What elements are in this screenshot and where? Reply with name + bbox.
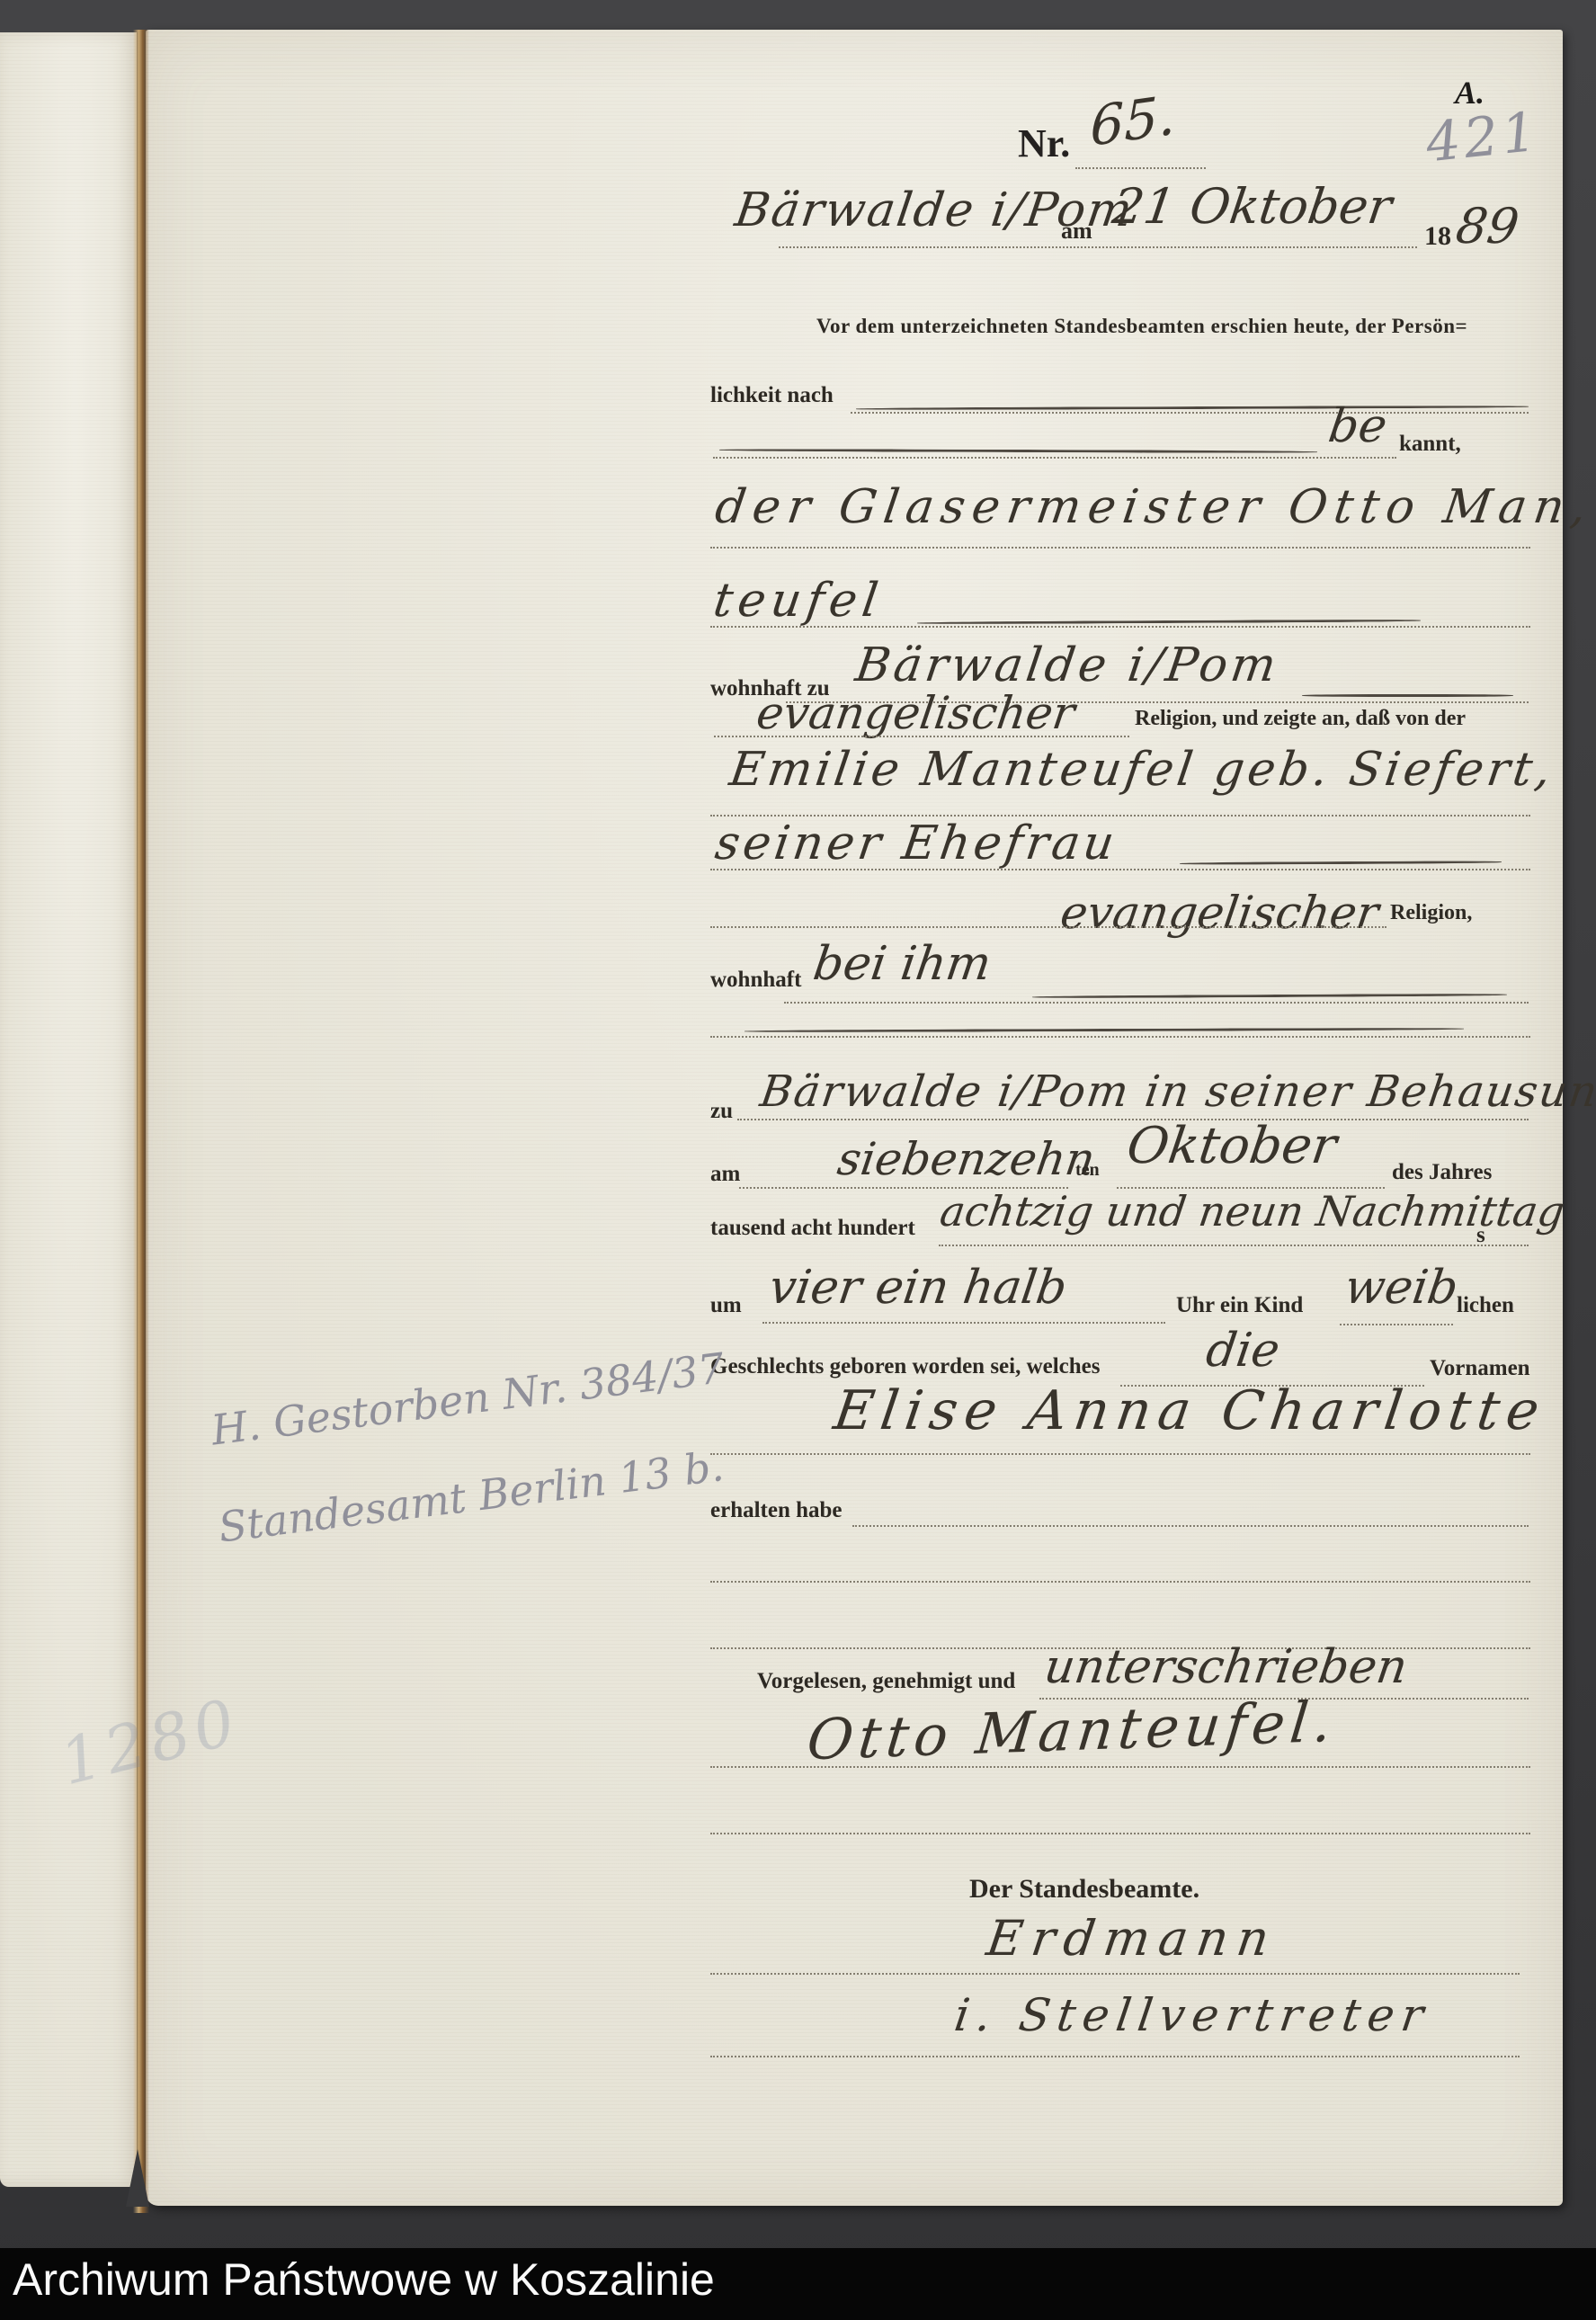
die-handwritten: die [1203, 1324, 1283, 1378]
unterschrieben-handwritten: unterschrieben [1041, 1640, 1411, 1694]
be-handwritten: be [1325, 399, 1390, 453]
religion1-handwritten: evangelischer [753, 687, 1078, 739]
year-handwritten: 89 [1453, 198, 1523, 254]
birth-month-handwritten: Oktober [1123, 1117, 1340, 1175]
gutter-bottom-gap [126, 2149, 149, 2207]
child-names-handwritten: Elise Anna Charlotte [830, 1379, 1550, 1442]
religion2-handwritten: evangelischer [1057, 887, 1382, 939]
registration-date-handwritten: 21 Oktober [1110, 178, 1395, 235]
declarant-line1-handwritten: der Glasermeister Otto Man, [712, 480, 1596, 534]
religion1-printed: Religion, und zeigte an, daß von der [1135, 707, 1466, 731]
mother-relation-handwritten: seiner Ehefrau [712, 816, 1121, 870]
dotted-line [710, 869, 1530, 870]
vorgelesen-printed: Vorgelesen, genehmigt und [757, 1669, 1015, 1694]
geschlechts-printed: Geschlechts geboren worden sei, welches [710, 1354, 1101, 1379]
lichen-printed: lichen [1457, 1293, 1514, 1318]
dotted-line [710, 1833, 1530, 1834]
am2-label: am [710, 1162, 740, 1187]
archive-name-label: Archiwum Państwowe w Koszalinie [13, 2253, 715, 2306]
mother-name-handwritten: Emilie Manteufel geb. Siefert, [727, 743, 1558, 797]
residence-handwritten: Bärwalde i/Pom [852, 638, 1283, 692]
dotted-line [784, 1002, 1529, 1004]
archive-scan-viewer: A. 421 Nr. 65. Bärwalde i/Pom am 21 Okto… [0, 0, 1596, 2320]
uhr-ein-kind-printed: Uhr ein Kind [1176, 1293, 1303, 1318]
dotted-line [779, 246, 1417, 248]
um-printed: um [710, 1293, 742, 1318]
facing-page-edge [0, 32, 137, 2187]
birth-year-handwritten: achtzig und neun Nachmittag [937, 1187, 1567, 1236]
wohnhaft-label: wohnhaft [710, 968, 801, 993]
dotted-line [710, 1036, 1530, 1038]
birthplace-handwritten: Bärwalde i/Pom in seiner Behausung [757, 1066, 1596, 1117]
am-label: am [1061, 218, 1092, 245]
tausend-printed: tausend acht hundert [710, 1216, 915, 1241]
dotted-line [851, 412, 1529, 414]
sex-handwritten: weib [1342, 1261, 1462, 1315]
register-page [146, 30, 1563, 2206]
dotted-line [710, 1581, 1530, 1583]
birth-time-handwritten: vier ein halb [766, 1261, 1070, 1315]
intro-line1-printed: Vor dem unterzeichneten Standesbeamten e… [816, 315, 1467, 338]
zu-label: zu [710, 1099, 733, 1124]
vornamen-printed: Vornamen [1430, 1356, 1530, 1381]
dotted-line [710, 1973, 1520, 1975]
dotted-line [939, 1245, 1529, 1246]
record-number-label: Nr. [1018, 120, 1070, 166]
registrar-title-printed: Der Standesbeamte. [969, 1874, 1199, 1905]
ink-stroke-line [1302, 694, 1513, 697]
residence2-handwritten: bei ihm [810, 937, 994, 991]
birth-day-handwritten: siebenzehn [834, 1133, 1099, 1185]
dotted-line [1075, 167, 1206, 169]
declarant-line2-handwritten: teufel [710, 574, 887, 628]
dotted-line [710, 926, 1386, 928]
dotted-line [1340, 1324, 1453, 1325]
year-century-printed: 18 [1424, 221, 1451, 252]
des-jahres-printed: des Jahres [1392, 1160, 1492, 1185]
religion2-printed: Religion, [1390, 901, 1472, 925]
dotted-line [852, 1525, 1529, 1527]
dotted-line [710, 626, 1530, 628]
dotted-line [710, 547, 1530, 549]
pencil-page-number: 421 [1423, 101, 1543, 175]
deputy-note-handwritten: i. Stellvertreter [951, 1989, 1434, 2041]
erhalten-habe-printed: erhalten habe [710, 1498, 843, 1523]
registrar-signature: Erdmann [984, 1910, 1282, 1967]
dotted-line [762, 1322, 1165, 1324]
dotted-line [710, 1453, 1530, 1455]
record-number-value: 65. [1090, 84, 1174, 159]
ten-printed: ten [1075, 1160, 1100, 1181]
dotted-line [710, 2056, 1520, 2057]
dotted-line [714, 736, 1129, 737]
dotted-line [713, 457, 1396, 459]
book-gutter-crease [133, 30, 149, 2213]
intro-line2-printed: lichkeit nach [710, 383, 834, 408]
kannt-printed: kannt, [1399, 432, 1461, 457]
dotted-line [710, 1766, 1530, 1768]
